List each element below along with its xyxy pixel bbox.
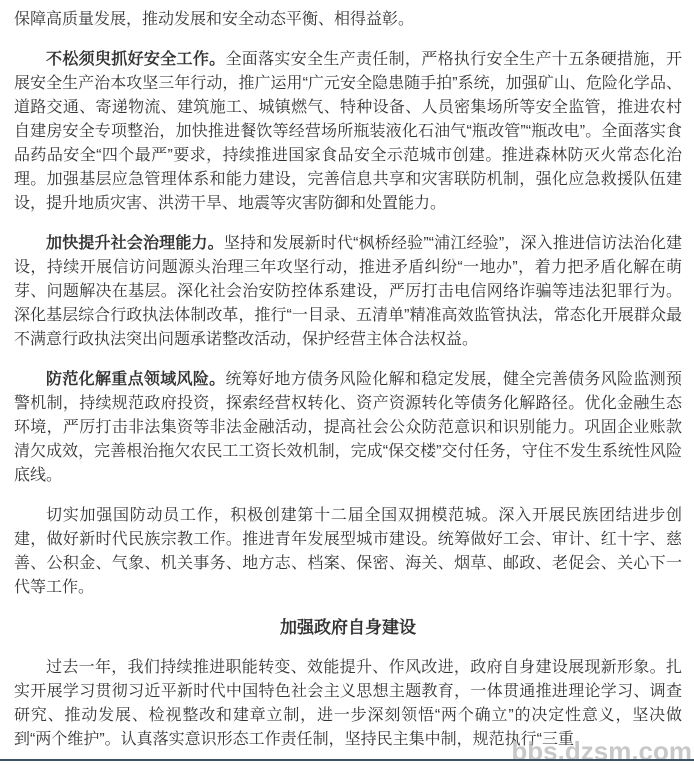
paragraph-lead: 加快提升社会治理能力。 [46, 235, 224, 252]
document-content: 保障高质量发展，推动发展和安全动态平衡、相得益彰。 不松须臾抓好安全工作。全面落… [0, 0, 694, 752]
paragraph-continuation: 保障高质量发展，推动发展和安全动态平衡、相得益彰。 [14, 8, 682, 32]
paragraph-text: 切实加强国防动员工作，积极创建第十二届全国双拥模范城。深入开展民族团结进步创建，… [14, 507, 682, 596]
document-page: 保障高质量发展，推动发展和安全动态平衡、相得益彰。 不松须臾抓好安全工作。全面落… [0, 0, 694, 765]
section-heading: 加强政府自身建设 [14, 616, 682, 640]
paragraph-safety-work: 不松须臾抓好安全工作。全面落实安全生产责任制，严格执行安全生产十五条硬措施，开展… [14, 48, 682, 216]
bottom-divider [0, 759, 694, 761]
paragraph-lead: 防范化解重点领域风险。 [46, 371, 225, 388]
paragraph-text: 过去一年，我们持续推进职能转变、效能提升、作风改进，政府自身建设展现新形象。扎实… [14, 659, 682, 748]
paragraph-text: 全面落实安全生产责任制，严格执行安全生产十五条硬措施，开展安全生产治本攻坚三年行… [14, 51, 682, 212]
paragraph-government-building: 过去一年，我们持续推进职能转变、效能提升、作风改进，政府自身建设展现新形象。扎实… [14, 656, 682, 752]
paragraph-text: 保障高质量发展，推动发展和安全动态平衡、相得益彰。 [14, 11, 414, 28]
paragraph-lead: 不松须臾抓好安全工作。 [46, 51, 225, 68]
paragraph-social-governance: 加快提升社会治理能力。坚持和发展新时代“枫桥经验”“浦江经验”，深入推进信访法治… [14, 232, 682, 352]
paragraph-national-defense: 切实加强国防动员工作，积极创建第十二届全国双拥模范城。深入开展民族团结进步创建，… [14, 504, 682, 600]
paragraph-risk-prevention: 防范化解重点领域风险。统筹好地方债务风险化解和稳定发展，健全完善债务风险监测预警… [14, 368, 682, 488]
